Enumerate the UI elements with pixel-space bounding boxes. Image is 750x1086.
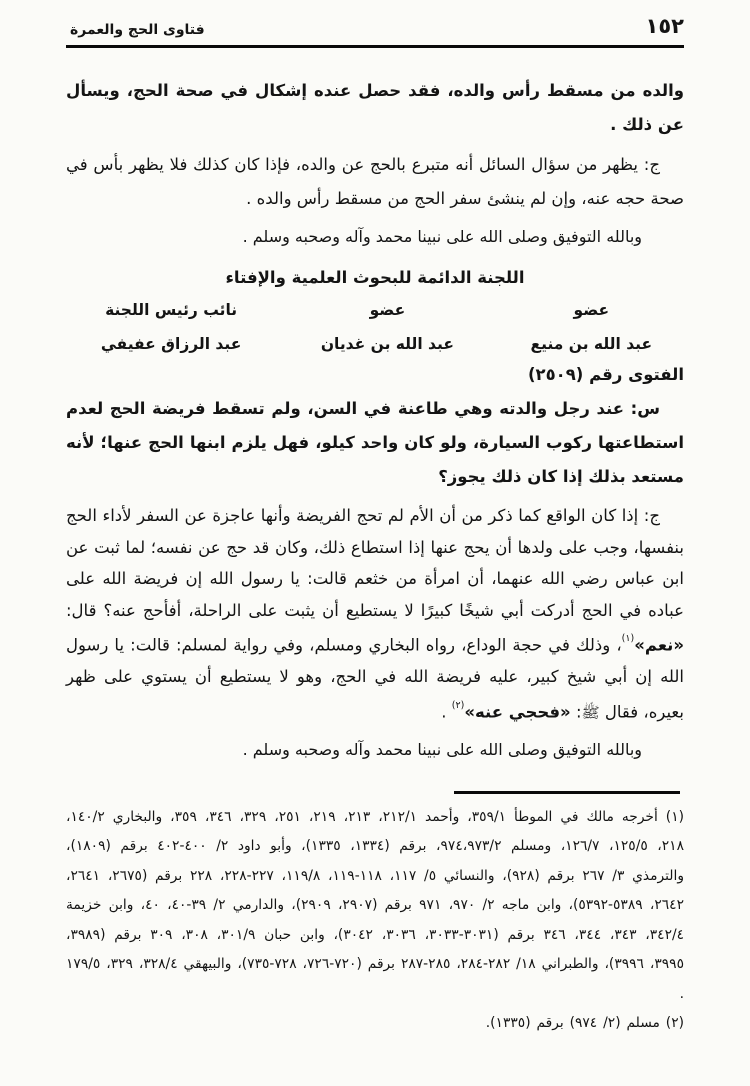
answer-paragraph-1: ج: يظهر من سؤال السائل أنه متبرع بالحج ع… bbox=[66, 148, 684, 216]
book-page: ١٥٢ فتاوى الحج والعمرة والده من مسقط رأس… bbox=[0, 0, 750, 1086]
committee-heading: اللجنة الدائمة للبحوث العلمية والإفتاء bbox=[66, 268, 684, 287]
pbuh-symbol: ﷺ bbox=[582, 703, 600, 721]
footnote-marker-2: (٢) bbox=[452, 700, 465, 711]
footnote-separator bbox=[454, 791, 680, 794]
signature-member-3: نائب رئيس اللجنة عبد الرزاق عفيفي bbox=[66, 301, 276, 353]
signature-member-2: عضو عبد الله بن غديان bbox=[276, 301, 498, 353]
page-number: ١٥٢ bbox=[646, 14, 684, 38]
closing-line-1: وبالله التوفيق وصلى الله على نبينا محمد … bbox=[66, 220, 684, 254]
footnotes-section: (١) أخرجه مالك في الموطأ ٣٥٩/١، وأحمد ٢١… bbox=[66, 791, 684, 1039]
member-name: عبد الله بن غديان bbox=[276, 335, 498, 353]
closing-line-2: وبالله التوفيق وصلى الله على نبينا محمد … bbox=[66, 733, 684, 767]
hadith-quote: «نعم» bbox=[634, 636, 684, 655]
member-role: عضو bbox=[276, 301, 498, 319]
answer-text-segment: . bbox=[441, 702, 452, 721]
footnote-1: (١) أخرجه مالك في الموطأ ٣٥٩/١، وأحمد ٢١… bbox=[66, 803, 684, 1010]
question-continuation: والده من مسقط رأس والده، فقد حصل عنده إش… bbox=[66, 74, 684, 142]
fatwa-number: الفتوى رقم (٢٥٠٩) bbox=[66, 365, 684, 384]
answer-text-segment: : bbox=[571, 702, 582, 721]
page-header: ١٥٢ فتاوى الحج والعمرة bbox=[66, 14, 684, 48]
answer-paragraph-2: ج: إذا كان الواقع كما ذكر من أن الأم لم … bbox=[66, 500, 684, 729]
page-body: والده من مسقط رأس والده، فقد حصل عنده إش… bbox=[66, 74, 684, 767]
member-name: عبد الله بن منيع bbox=[499, 335, 684, 353]
footnote-marker-1: (١) bbox=[622, 633, 635, 644]
book-title: فتاوى الحج والعمرة bbox=[66, 22, 205, 38]
member-role: نائب رئيس اللجنة bbox=[66, 301, 276, 319]
answer-text-segment: ج: إذا كان الواقع كما ذكر من أن الأم لم … bbox=[66, 506, 684, 620]
signature-member-1: عضو عبد الله بن منيع bbox=[499, 301, 684, 353]
question-paragraph: س: عند رجل والدته وهي طاعنة في السن، ولم… bbox=[66, 392, 684, 494]
signature-block: عضو عبد الله بن منيع عضو عبد الله بن غدي… bbox=[66, 301, 684, 353]
member-role: عضو bbox=[499, 301, 684, 319]
footnote-2: (٢) مسلم (٢/ ٩٧٤) برقم (١٣٣٥). bbox=[66, 1009, 684, 1039]
hadith-quote: «فحجي عنه» bbox=[464, 702, 570, 721]
member-name: عبد الرزاق عفيفي bbox=[66, 335, 276, 353]
